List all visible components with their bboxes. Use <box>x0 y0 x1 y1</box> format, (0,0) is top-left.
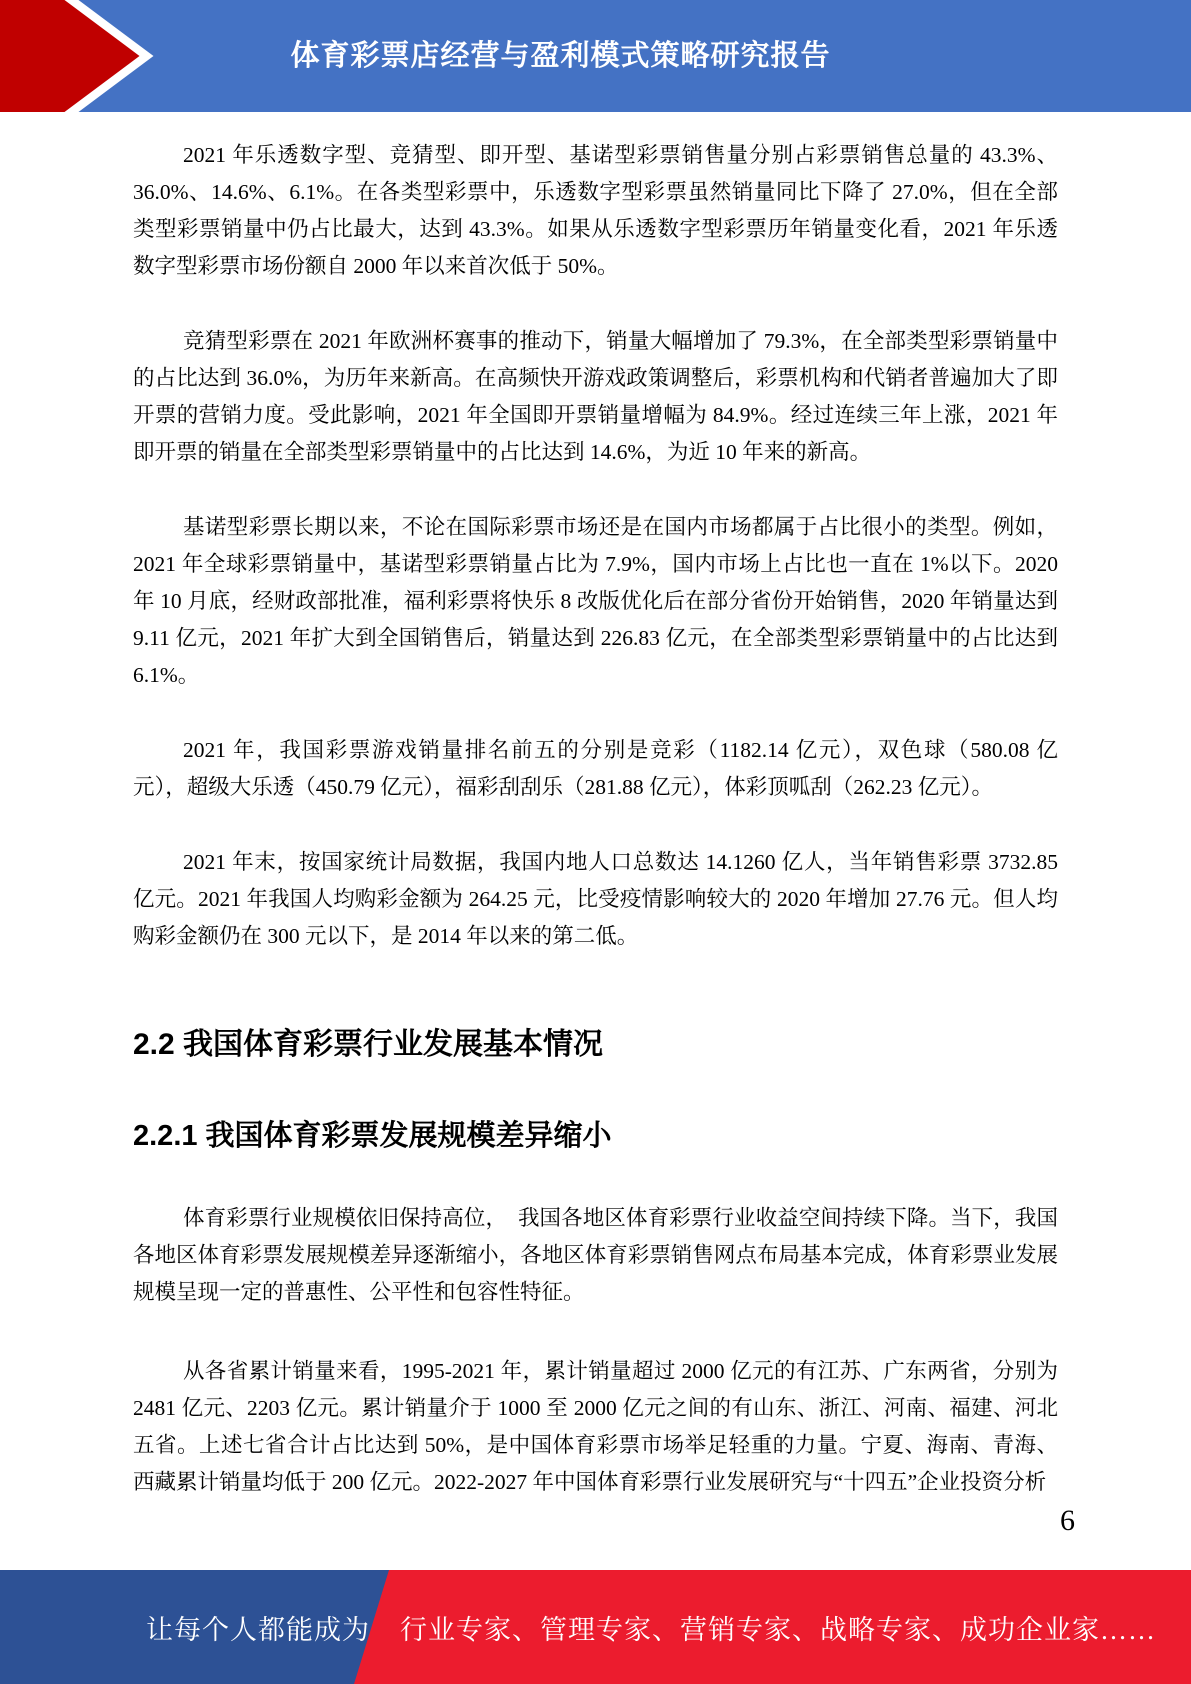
page-body: 2021 年乐透数字型、竞猜型、即开型、基诺型彩票销售量分别占彩票销售总量的 4… <box>133 112 1058 1501</box>
body-paragraph: 从各省累计销量来看，1995-2021 年，累计销量超过 2000 亿元的有江苏… <box>133 1353 1058 1501</box>
body-paragraph: 体育彩票行业规模依旧保持高位， 我国各地区体育彩票行业收益空间持续下降。当下，我… <box>133 1200 1058 1311</box>
body-paragraph: 2021 年乐透数字型、竞猜型、即开型、基诺型彩票销售量分别占彩票销售总量的 4… <box>133 137 1058 285</box>
body-paragraph: 2021 年末，按国家统计局数据，我国内地人口总数达 14.1260 亿人，当年… <box>133 844 1058 955</box>
document-page: 体育彩票店经营与盈利模式策略研究报告 2021 年乐透数字型、竞猜型、即开型、基… <box>0 0 1191 1684</box>
page-number: 6 <box>1060 1503 1075 1539</box>
body-paragraph: 竞猜型彩票在 2021 年欧洲杯赛事的推动下，销量大幅增加了 79.3%，在全部… <box>133 323 1058 471</box>
header-banner: 体育彩票店经营与盈利模式策略研究报告 <box>0 0 1191 112</box>
report-title: 体育彩票店经营与盈利模式策略研究报告 <box>0 0 1121 106</box>
footer-slogan-right: 行业专家、管理专家、营销专家、战略专家、成功企业家…… <box>400 1570 1156 1684</box>
body-paragraph: 2021 年，我国彩票游戏销量排名前五的分别是竞彩（1182.14 亿元），双色… <box>133 732 1058 806</box>
section-heading-2-2: 2.2 我国体育彩票行业发展基本情况 <box>133 1023 1058 1067</box>
section-heading-2-2-1: 2.2.1 我国体育彩票发展规模差异缩小 <box>133 1115 1058 1157</box>
body-paragraph: 基诺型彩票长期以来，不论在国际彩票市场还是在国内市场都属于占比很小的类型。例如，… <box>133 509 1058 694</box>
footer-banner: 让每个人都能成为 行业专家、管理专家、营销专家、战略专家、成功企业家…… <box>0 1570 1191 1684</box>
footer-slogan-left: 让每个人都能成为 <box>146 1570 370 1684</box>
